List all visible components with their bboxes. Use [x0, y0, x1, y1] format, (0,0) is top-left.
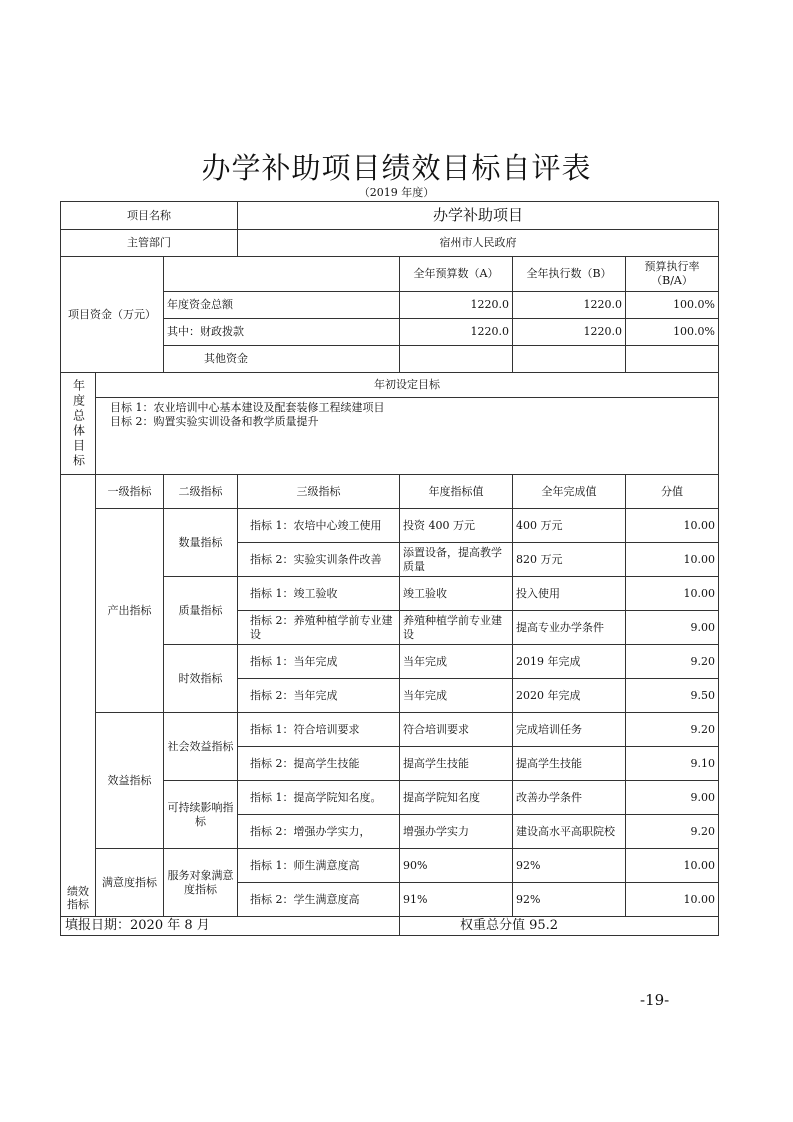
score-cell: 9.20 — [626, 713, 719, 747]
funds-row-budget — [400, 346, 513, 373]
target-cell: 增强办学实力 — [400, 815, 513, 849]
header-actual: 全年完成值 — [513, 475, 626, 509]
actual-cell: 400 万元 — [513, 509, 626, 543]
funds-row-rate: 100.0% — [626, 319, 719, 346]
score-cell: 10.00 — [626, 849, 719, 883]
goals-header-row: 年度总体目标 年初设定目标 — [61, 373, 719, 398]
actual-cell: 2020 年完成 — [513, 679, 626, 713]
dept-row: 主管部门 宿州市人民政府 — [61, 230, 719, 257]
target-cell: 提高学生技能 — [400, 747, 513, 781]
level3-cell: 指标 1：农培中心竣工使用 — [238, 509, 400, 543]
evaluation-table: 项目名称 办学补助项目 主管部门 宿州市人民政府 项目资金（万元） 全年预算数（… — [60, 201, 719, 936]
funds-header-rate: 预算执行率（B/A） — [626, 257, 719, 292]
level3-cell: 指标 2：养殖种植学前专业建设 — [238, 611, 400, 645]
funds-row-executed: 1220.0 — [513, 319, 626, 346]
page-number: -19- — [640, 991, 669, 1009]
score-cell: 9.00 — [626, 611, 719, 645]
target-cell: 投资 400 万元 — [400, 509, 513, 543]
level2-cell: 时效指标 — [164, 645, 238, 713]
header-target: 年度指标值 — [400, 475, 513, 509]
level3-cell: 指标 1：提高学院知名度。 — [238, 781, 400, 815]
total-score: 权重总分值 95.2 — [400, 917, 719, 936]
funds-row-executed: 1220.0 — [513, 292, 626, 319]
indicator-row: 产出指标 数量指标 指标 1：农培中心竣工使用 投资 400 万元 400 万元… — [61, 509, 719, 543]
target-cell: 当年完成 — [400, 679, 513, 713]
score-cell: 10.00 — [626, 509, 719, 543]
dept-value: 宿州市人民政府 — [238, 230, 719, 257]
actual-cell: 92% — [513, 849, 626, 883]
actual-cell: 提高专业办学条件 — [513, 611, 626, 645]
funds-header-row: 项目资金（万元） 全年预算数（A） 全年执行数（B） 预算执行率（B/A） — [61, 257, 719, 292]
header-level3: 三级指标 — [238, 475, 400, 509]
funds-row-name: 其他资金 — [164, 346, 400, 373]
score-cell: 9.20 — [626, 645, 719, 679]
project-name-value: 办学补助项目 — [238, 202, 719, 230]
target-cell: 当年完成 — [400, 645, 513, 679]
score-cell: 9.50 — [626, 679, 719, 713]
dept-label: 主管部门 — [61, 230, 238, 257]
score-cell: 9.20 — [626, 815, 719, 849]
actual-cell: 投入使用 — [513, 577, 626, 611]
target-cell: 添置设备，提高教学质量 — [400, 543, 513, 577]
target-cell: 竣工验收 — [400, 577, 513, 611]
funds-row-rate: 100.0% — [626, 292, 719, 319]
header-score: 分值 — [626, 475, 719, 509]
level2-cell: 可持续影响指标 — [164, 781, 238, 849]
goals-content: 目标 1：农业培训中心基本建设及配套装修工程续建项目 目标 2：购置实验实训设备… — [96, 398, 719, 475]
project-name-label: 项目名称 — [61, 202, 238, 230]
funds-row-rate — [626, 346, 719, 373]
level2-cell: 质量指标 — [164, 577, 238, 645]
funds-header-executed: 全年执行数（B） — [513, 257, 626, 292]
funds-row-budget: 1220.0 — [400, 319, 513, 346]
target-cell: 90% — [400, 849, 513, 883]
goal-item: 目标 2：购置实验实训设备和教学质量提升 — [110, 415, 704, 429]
header-level2: 二级指标 — [164, 475, 238, 509]
score-cell: 9.00 — [626, 781, 719, 815]
level1-cell: 效益指标 — [96, 713, 164, 849]
level2-cell: 数量指标 — [164, 509, 238, 577]
actual-cell: 改善办学条件 — [513, 781, 626, 815]
page-subtitle: （2019 年度） — [0, 184, 793, 200]
footer-row: 填报日期：2020 年 8 月 权重总分值 95.2 — [61, 917, 719, 936]
actual-cell: 完成培训任务 — [513, 713, 626, 747]
indicator-row: 满意度指标 服务对象满意度指标 指标 1：师生满意度高 90% 92% 10.0… — [61, 849, 719, 883]
level3-cell: 指标 2：提高学生技能 — [238, 747, 400, 781]
indicator-row: 效益指标 社会效益指标 指标 1：符合培训要求 符合培训要求 完成培训任务 9.… — [61, 713, 719, 747]
page-title: 办学补助项目绩效目标自评表 — [0, 146, 793, 187]
score-cell: 10.00 — [626, 577, 719, 611]
indicators-header-row: 绩效指标 一级指标 二级指标 三级指标 年度指标值 全年完成值 分值 — [61, 475, 719, 509]
score-cell: 9.10 — [626, 747, 719, 781]
actual-cell: 820 万元 — [513, 543, 626, 577]
score-cell: 10.00 — [626, 883, 719, 917]
project-name-row: 项目名称 办学补助项目 — [61, 202, 719, 230]
indicators-label: 绩效指标 — [61, 475, 96, 917]
target-cell: 提高学院知名度 — [400, 781, 513, 815]
level3-cell: 指标 1：当年完成 — [238, 645, 400, 679]
target-cell: 91% — [400, 883, 513, 917]
funds-header-budget: 全年预算数（A） — [400, 257, 513, 292]
target-cell: 养殖种植学前专业建设 — [400, 611, 513, 645]
level1-cell: 满意度指标 — [96, 849, 164, 917]
actual-cell: 提高学生技能 — [513, 747, 626, 781]
funds-row-budget: 1220.0 — [400, 292, 513, 319]
goal-item: 目标 1：农业培训中心基本建设及配套装修工程续建项目 — [110, 401, 704, 415]
level3-cell: 指标 1：竣工验收 — [238, 577, 400, 611]
level2-cell: 服务对象满意度指标 — [164, 849, 238, 917]
level3-cell: 指标 2：学生满意度高 — [238, 883, 400, 917]
goals-content-row: 目标 1：农业培训中心基本建设及配套装修工程续建项目 目标 2：购置实验实训设备… — [61, 398, 719, 475]
funds-row-name: 年度资金总额 — [164, 292, 400, 319]
fill-date: 填报日期：2020 年 8 月 — [61, 917, 400, 936]
target-cell: 符合培训要求 — [400, 713, 513, 747]
level2-cell: 社会效益指标 — [164, 713, 238, 781]
funds-label: 项目资金（万元） — [61, 257, 164, 373]
level3-cell: 指标 1：师生满意度高 — [238, 849, 400, 883]
goals-header: 年初设定目标 — [96, 373, 719, 398]
actual-cell: 建设高水平高职院校 — [513, 815, 626, 849]
funds-blank-header — [164, 257, 400, 292]
level3-cell: 指标 1：符合培训要求 — [238, 713, 400, 747]
funds-row-executed — [513, 346, 626, 373]
funds-row-name: 其中：财政拨款 — [164, 319, 400, 346]
actual-cell: 92% — [513, 883, 626, 917]
level3-cell: 指标 2：增强办学实力， — [238, 815, 400, 849]
score-cell: 10.00 — [626, 543, 719, 577]
level3-cell: 指标 2：当年完成 — [238, 679, 400, 713]
actual-cell: 2019 年完成 — [513, 645, 626, 679]
level3-cell: 指标 2：实验实训条件改善 — [238, 543, 400, 577]
goals-label: 年度总体目标 — [61, 373, 96, 475]
level1-cell: 产出指标 — [96, 509, 164, 713]
header-level1: 一级指标 — [96, 475, 164, 509]
